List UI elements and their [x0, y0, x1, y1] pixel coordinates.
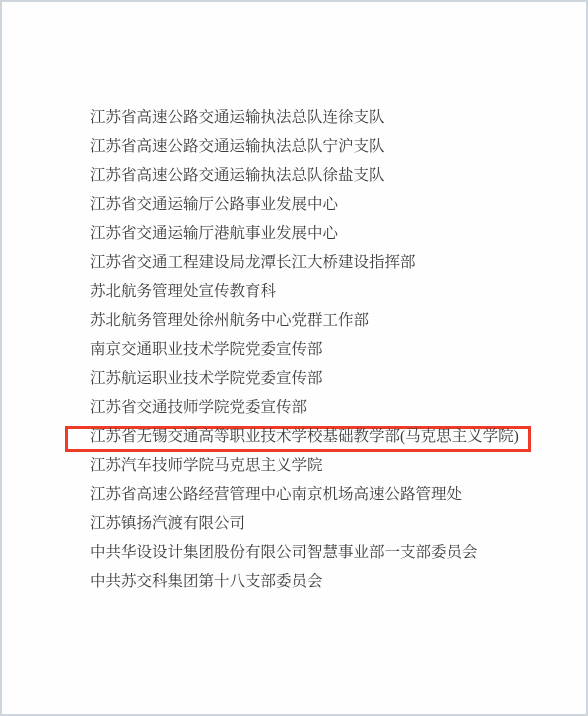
list-item: 江苏省高速公路经营管理中心南京机场高速公路管理处: [90, 480, 519, 509]
org-name-text: 江苏镇扬汽渡有限公司: [90, 515, 245, 532]
list-item: 苏北航务管理处宣传教育科: [90, 277, 519, 306]
list-item: 江苏省交通工程建设局龙潭长江大桥建设指挥部: [90, 248, 519, 277]
list-item: 江苏省交通运输厅港航事业发展中心: [90, 219, 519, 248]
org-name-text: 江苏省交通运输厅港航事业发展中心: [90, 225, 338, 242]
org-name-text: 中共苏交科集团第十八支部委员会: [90, 573, 323, 590]
org-name-text: 江苏省高速公路经营管理中心南京机场高速公路管理处: [90, 486, 462, 503]
org-name-text: 江苏省无锡交通高等职业技术学校基础教学部(马克思主义学院): [90, 428, 519, 445]
list-item: 江苏省高速公路交通运输执法总队宁沪支队: [90, 132, 519, 161]
list-item: 江苏航运职业技术学院党委宣传部: [90, 364, 519, 393]
list-item: 江苏省交通运输厅公路事业发展中心: [90, 190, 519, 219]
list-item: 江苏镇扬汽渡有限公司: [90, 509, 519, 538]
list-item: 江苏汽车技师学院马克思主义学院: [90, 451, 519, 480]
org-name-text: 中共华设设计集团股份有限公司智慧事业部一支部委员会: [90, 544, 478, 561]
org-name-text: 苏北航务管理处宣传教育科: [90, 283, 276, 300]
list-item: 中共华设设计集团股份有限公司智慧事业部一支部委员会: [90, 538, 519, 567]
org-name-text: 江苏省交通运输厅公路事业发展中心: [90, 196, 338, 213]
org-name-text: 江苏省交通工程建设局龙潭长江大桥建设指挥部: [90, 254, 416, 271]
org-name-text: 江苏航运职业技术学院党委宣传部: [90, 370, 323, 387]
list-item: 南京交通职业技术学院党委宣传部: [90, 335, 519, 364]
org-name-text: 江苏省高速公路交通运输执法总队连徐支队: [90, 109, 385, 126]
list-item: 江苏省高速公路交通运输执法总队连徐支队: [90, 103, 519, 132]
document-page: 江苏省高速公路交通运输执法总队连徐支队江苏省高速公路交通运输执法总队宁沪支队江苏…: [0, 0, 588, 716]
list-item: 江苏省高速公路交通运输执法总队徐盐支队: [90, 161, 519, 190]
list-item: 中共苏交科集团第十八支部委员会: [90, 567, 519, 596]
org-name-text: 江苏汽车技师学院马克思主义学院: [90, 457, 323, 474]
org-name-text: 苏北航务管理处徐州航务中心党群工作部: [90, 312, 369, 329]
org-list: 江苏省高速公路交通运输执法总队连徐支队江苏省高速公路交通运输执法总队宁沪支队江苏…: [90, 103, 519, 596]
org-name-text: 南京交通职业技术学院党委宣传部: [90, 341, 323, 358]
org-name-text: 江苏省交通技师学院党委宣传部: [90, 399, 307, 416]
org-name-text: 江苏省高速公路交通运输执法总队宁沪支队: [90, 138, 385, 155]
org-name-text: 江苏省高速公路交通运输执法总队徐盐支队: [90, 167, 385, 184]
list-item-highlighted: 江苏省无锡交通高等职业技术学校基础教学部(马克思主义学院): [90, 422, 519, 451]
list-item: 江苏省交通技师学院党委宣传部: [90, 393, 519, 422]
list-item: 苏北航务管理处徐州航务中心党群工作部: [90, 306, 519, 335]
